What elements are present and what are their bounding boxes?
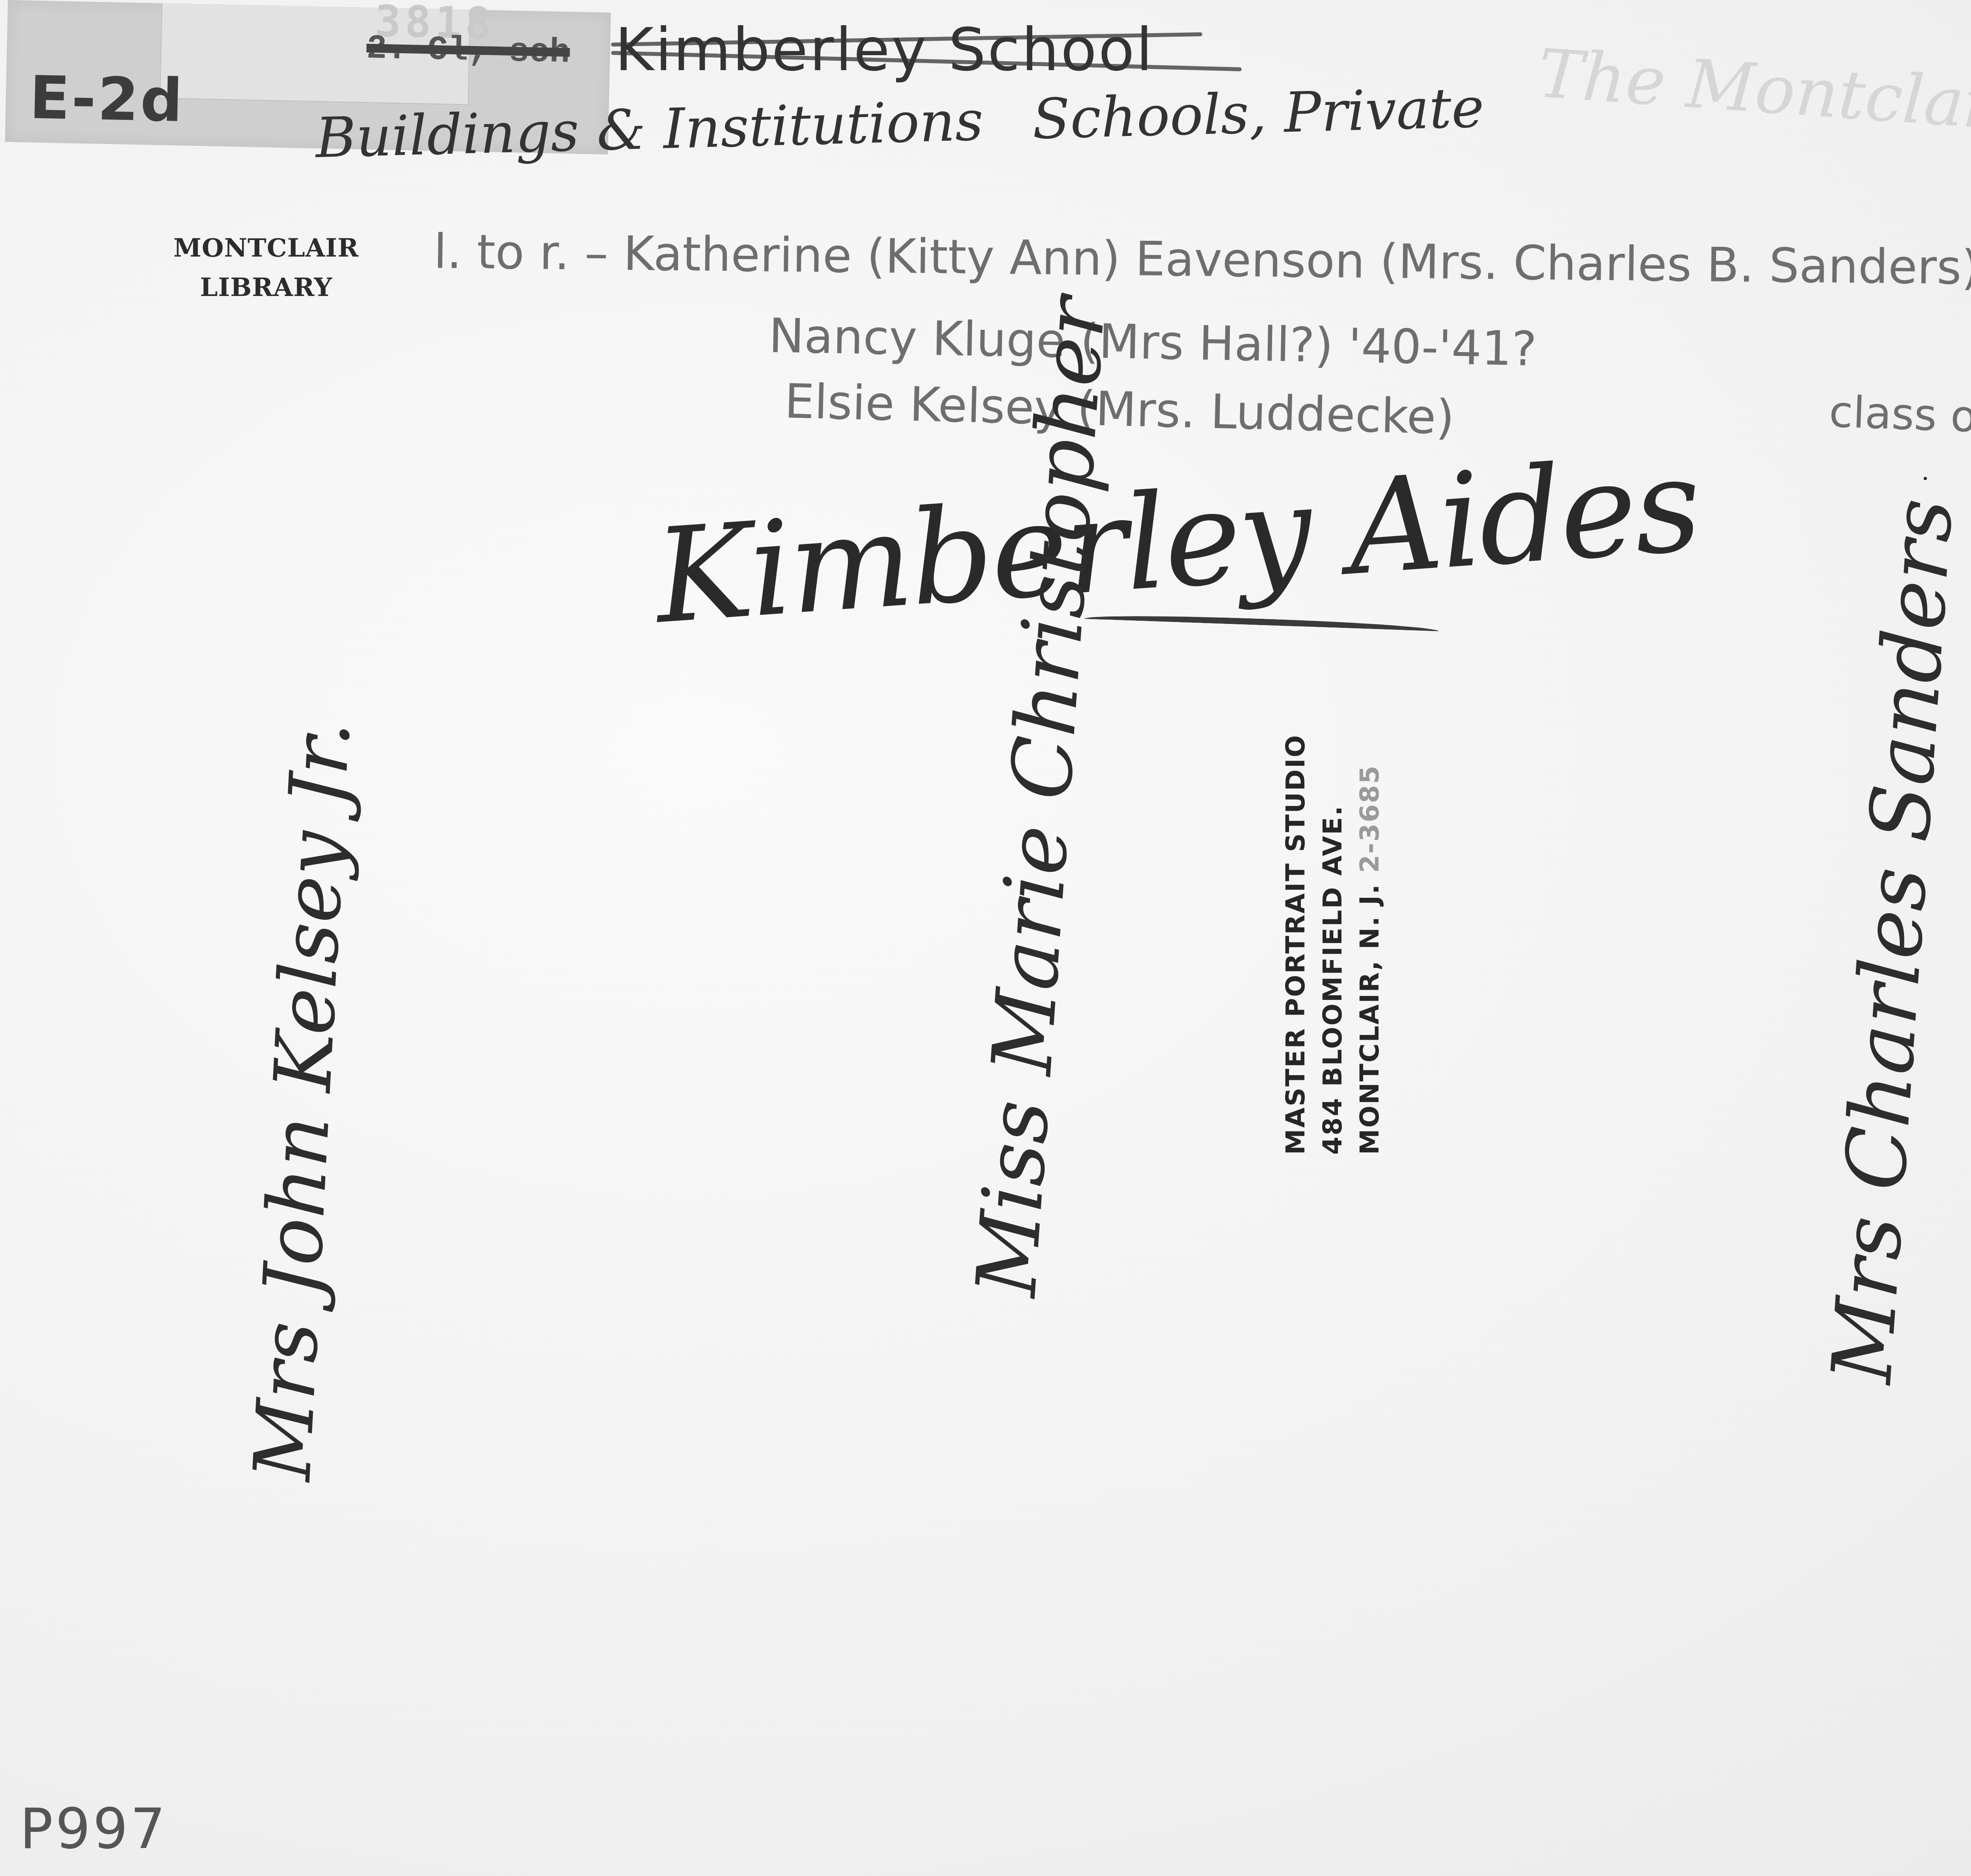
- call-number: E-2d: [29, 63, 185, 135]
- studio-city-line: MONTCLAIR, N. J. 2-3685: [1351, 734, 1388, 1155]
- accession-number: P997: [20, 1797, 168, 1861]
- library-stamp-line2: LIBRARY: [173, 268, 359, 307]
- signature-flourish: [1084, 612, 1439, 637]
- caption-row: l. to r. – Katherine (Kitty Ann) Eavenso…: [433, 228, 1971, 292]
- dust-speck: [1924, 477, 1927, 480]
- vertical-name-right: Mrs Charles Sanders: [1813, 495, 1971, 1386]
- studio-phone: 2-3685: [1354, 765, 1385, 873]
- caption-row: Elsie Kelsey (Mrs. Luddecke): [784, 378, 1455, 441]
- class-note: class of '42: [1828, 390, 1971, 442]
- vertical-name-left: Mrs John Kelsey Jr.: [237, 718, 368, 1483]
- caption-row: Nancy Kluge (Mrs Hall?) '40-'41?: [768, 313, 1537, 373]
- photo-verso-sheet: 3818 2. Cl, sch E-2d The Montclair Times…: [0, 0, 1971, 1876]
- photographer-stamp: MASTER PORTRAIT STUDIO 484 BLOOMFIELD AV…: [1277, 734, 1388, 1155]
- catalog-struck-classification: 2. Cl, sch: [366, 29, 570, 72]
- subject-title: Kimberley School: [615, 16, 1154, 84]
- studio-city: MONTCLAIR, N. J.: [1354, 883, 1385, 1155]
- catalog-label-inner: 3818 2. Cl, sch: [160, 3, 471, 105]
- studio-address: 484 BLOOMFIELD AVE.: [1314, 734, 1351, 1155]
- faint-background-text: The Montclair Times: [1535, 35, 1971, 162]
- library-stamp: MONTCLAIR LIBRARY: [173, 229, 359, 307]
- subject-category-schools: Schools, Private: [1032, 76, 1485, 152]
- studio-name: MASTER PORTRAIT STUDIO: [1277, 734, 1314, 1155]
- library-stamp-line1: MONTCLAIR: [173, 229, 359, 268]
- vertical-name-center: Miss Marie Christopher: [958, 294, 1124, 1299]
